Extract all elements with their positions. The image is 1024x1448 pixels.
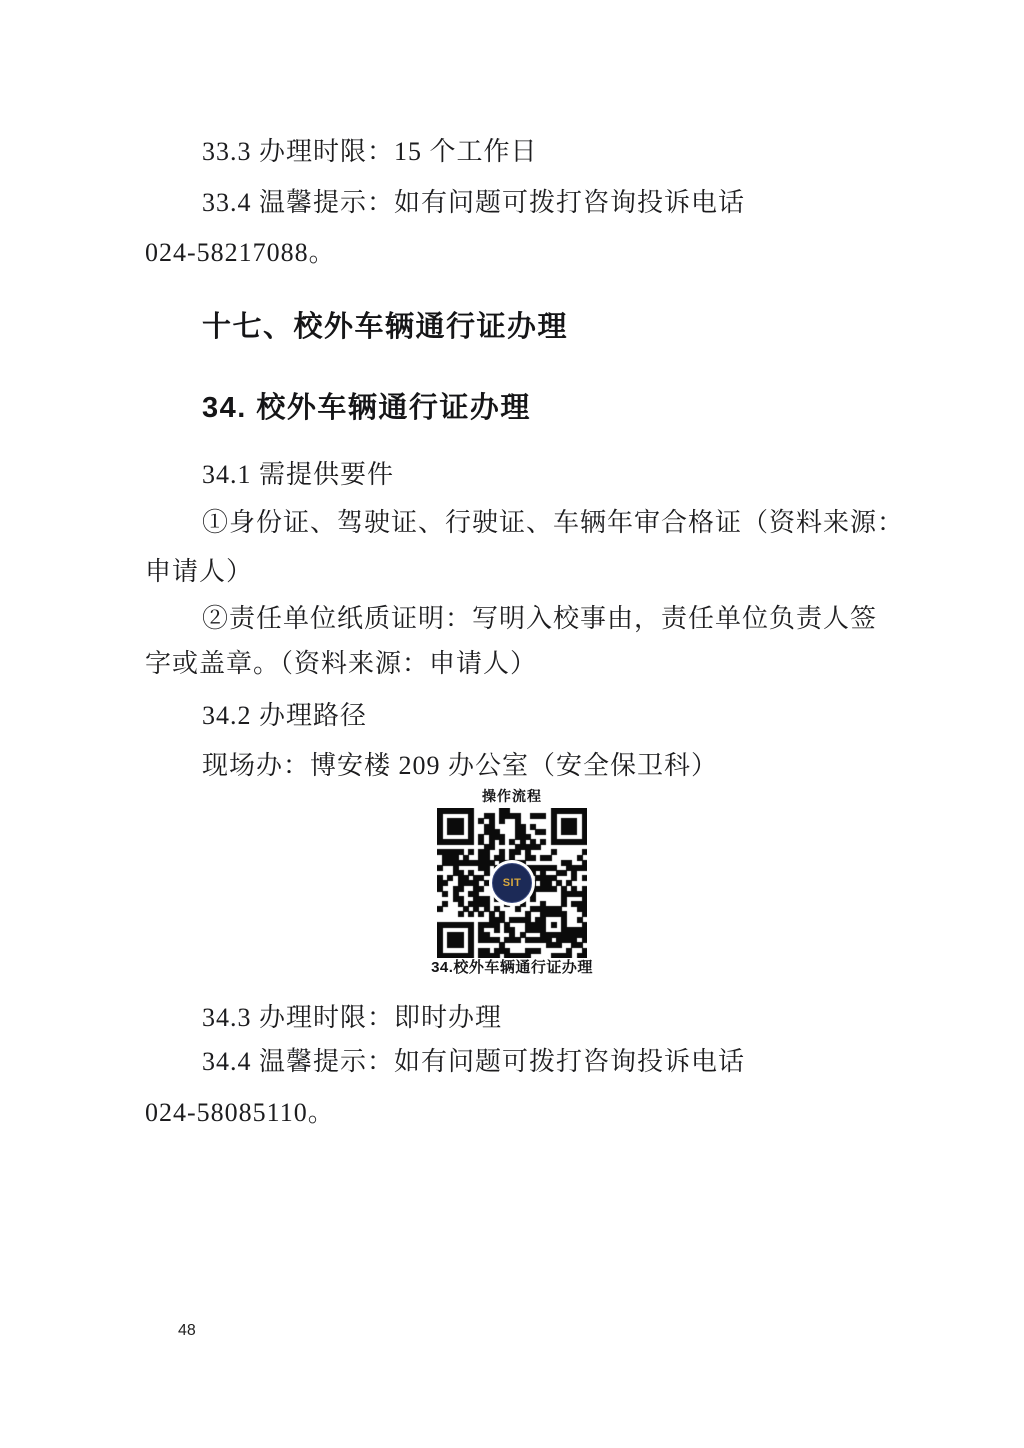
qr-logo: SIT (489, 860, 535, 906)
qr-label: 操作流程 (0, 786, 1024, 806)
paragraph-34-3-time-limit: 34.3 办理时限：即时办理 (202, 1002, 906, 1034)
item-heading-34: 34. 校外车辆通行证办理 (202, 385, 531, 426)
qr-logo-text: SIT (503, 877, 522, 889)
paragraph-34-2-path: 34.2 办理路径 (202, 700, 906, 732)
document-page: 33.3 办理时限：15 个工作日 33.4 温馨提示：如有问题可拨打咨询投诉电… (0, 0, 1024, 1448)
paragraph-34-2-location: 现场办：博安楼 209 办公室（安全保卫科） (202, 750, 906, 782)
page-number: 48 (178, 1322, 196, 1340)
requirement-2-line-1: ②责任单位纸质证明：写明入校事由，责任单位负责人签 (202, 603, 906, 635)
paragraph-34-4-tip: 34.4 温馨提示：如有问题可拨打咨询投诉电话 (202, 1046, 906, 1078)
requirement-2-line-2: 字或盖章。（资料来源：申请人） (145, 648, 906, 680)
paragraph-34-4-phone: 024-58085110。 (145, 1097, 906, 1129)
requirement-1-line-1: ①身份证、驾驶证、行驶证、车辆年审合格证（资料来源： (202, 507, 906, 539)
qr-logo-emblem: SIT (492, 863, 532, 903)
paragraph-34-1-requirements: 34.1 需提供要件 (202, 459, 906, 491)
qr-caption: 34.校外车辆通行证办理 (0, 956, 1024, 977)
paragraph-33-3-time-limit: 33.3 办理时限：15 个工作日 (202, 136, 906, 168)
requirement-1-line-2: 申请人） (145, 556, 906, 588)
paragraph-33-4-phone: 024-58217088。 (145, 237, 906, 269)
section-heading-17: 十七、校外车辆通行证办理 (202, 304, 568, 345)
paragraph-33-4-tip: 33.4 温馨提示：如有问题可拨打咨询投诉电话 (202, 187, 906, 219)
